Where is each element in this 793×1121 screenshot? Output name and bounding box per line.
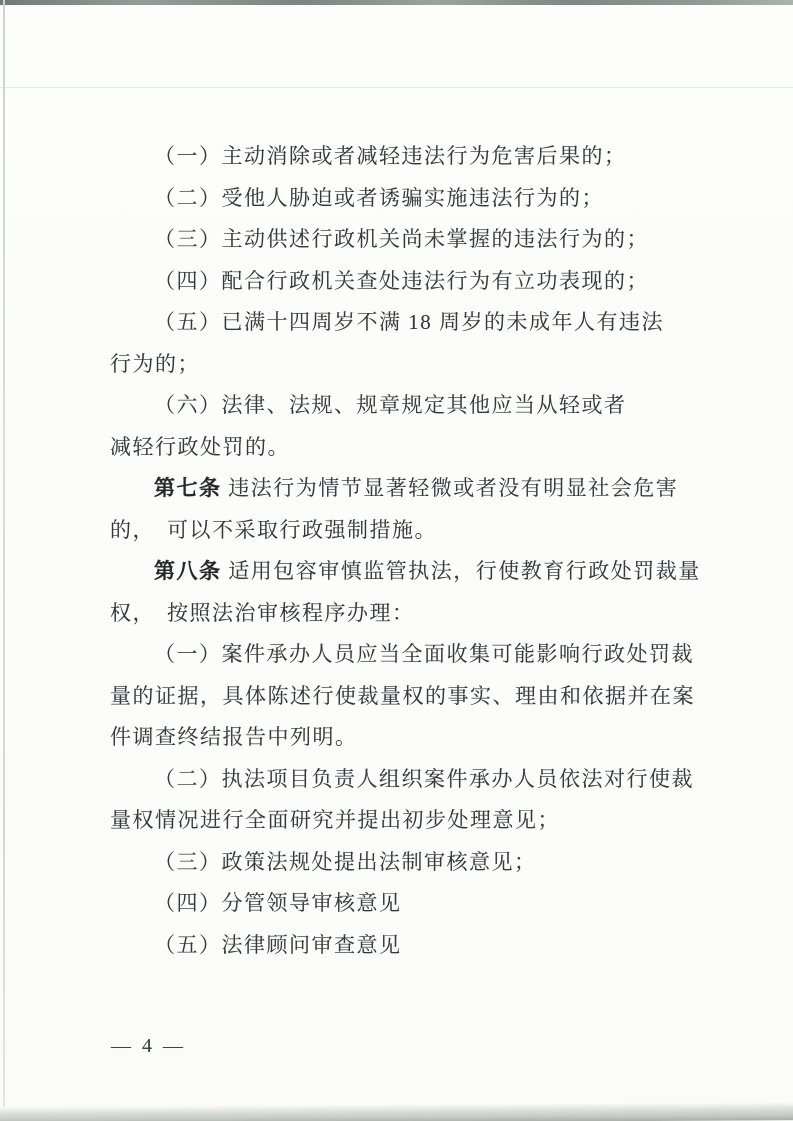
document-line: （四）配合行政机关查处违法行为有立功表现的； [110, 261, 730, 303]
body-text: （二）受他人胁迫或者诱骗实施违法行为的； [154, 186, 604, 210]
article-number-text: 第七条 [154, 476, 222, 500]
body-text: 减轻行政处罚的。 [110, 435, 290, 459]
document-line: （三）主动供述行政机关尚未掌握的违法行为的； [110, 219, 730, 261]
scanned-document-page: （一）主动消除或者减轻违法行为危害后果的；（二）受他人胁迫或者诱骗实施违法行为的… [0, 0, 793, 1121]
body-text: 量权情况进行全面研究并提出初步处理意见； [110, 808, 560, 832]
document-line: （四）分管领导审核意见 [110, 883, 730, 925]
document-line: 减轻行政处罚的。 [110, 427, 730, 469]
body-text: （五）法律顾问审查意见 [154, 933, 402, 957]
document-line: 件调查终结报告中列明。 [110, 717, 730, 759]
document-line: （五）法律顾问审查意见 [110, 925, 730, 967]
document-line: 第八条 适用包容审慎监管执法，行使教育行政处罚裁量 [110, 551, 730, 593]
body-text: （一）案件承办人员应当全面收集可能影响行政处罚裁 [154, 642, 694, 666]
body-text: 件调查终结报告中列明。 [110, 725, 358, 749]
document-line: 量权情况进行全面研究并提出初步处理意见； [110, 800, 730, 842]
body-text: （一）主动消除或者减轻违法行为危害后果的； [154, 144, 627, 168]
body-text: （六）法律、法规、规章规定其他应当从轻或者 [154, 393, 627, 417]
document-line: （五）已满十四周岁不满 18 周岁的未成年人有违法 [110, 302, 730, 344]
body-text: 行为的； [110, 352, 200, 376]
page-number: — 4 — [111, 1033, 186, 1059]
body-text: （二）执法项目负责人组织案件承办人员依法对行使裁 [154, 767, 694, 791]
body-text: 量的证据，具体陈述行使裁量权的事实、理由和依据并在案 [110, 684, 695, 708]
article-number-text: 第八条 [154, 559, 222, 583]
body-text: 违法行为情节显著轻微或者没有明显社会危害 [222, 476, 679, 500]
scan-edge-bottom [0, 1102, 793, 1121]
body-text: 权， 按照法治审核程序办理： [110, 601, 415, 625]
scan-edge-top [0, 0, 793, 5]
scan-artifact-line [0, 87, 793, 88]
document-line: （一）案件承办人员应当全面收集可能影响行政处罚裁 [110, 634, 730, 676]
body-text: 适用包容审慎监管执法，行使教育行政处罚裁量 [222, 559, 701, 583]
document-line: 行为的； [110, 344, 730, 386]
document-line: 的， 可以不采取行政强制措施。 [110, 510, 730, 552]
body-text: （三）主动供述行政机关尚未掌握的违法行为的； [154, 227, 649, 251]
document-line: （一）主动消除或者减轻违法行为危害后果的； [110, 136, 730, 178]
body-text: （五）已满十四周岁不满 18 周岁的未成年人有违法 [154, 310, 664, 334]
document-line: 量的证据，具体陈述行使裁量权的事实、理由和依据并在案 [110, 676, 730, 718]
document-line: （二）受他人胁迫或者诱骗实施违法行为的； [110, 178, 730, 220]
scan-edge-left [3, 0, 5, 1107]
body-text: （四）配合行政机关查处违法行为有立功表现的； [154, 269, 649, 293]
body-text: （三）政策法规处提出法制审核意见； [154, 850, 537, 874]
document-line: （三）政策法规处提出法制审核意见； [110, 842, 730, 884]
document-line: 权， 按照法治审核程序办理： [110, 593, 730, 635]
document-lines: （一）主动消除或者减轻违法行为危害后果的；（二）受他人胁迫或者诱骗实施违法行为的… [110, 136, 730, 966]
body-text: （四）分管领导审核意见 [154, 891, 402, 915]
document-line: 第七条 违法行为情节显著轻微或者没有明显社会危害 [110, 468, 730, 510]
document-line: （二）执法项目负责人组织案件承办人员依法对行使裁 [110, 759, 730, 801]
body-text: 的， 可以不采取行政强制措施。 [110, 518, 437, 542]
document-line: （六）法律、法规、规章规定其他应当从轻或者 [110, 385, 730, 427]
